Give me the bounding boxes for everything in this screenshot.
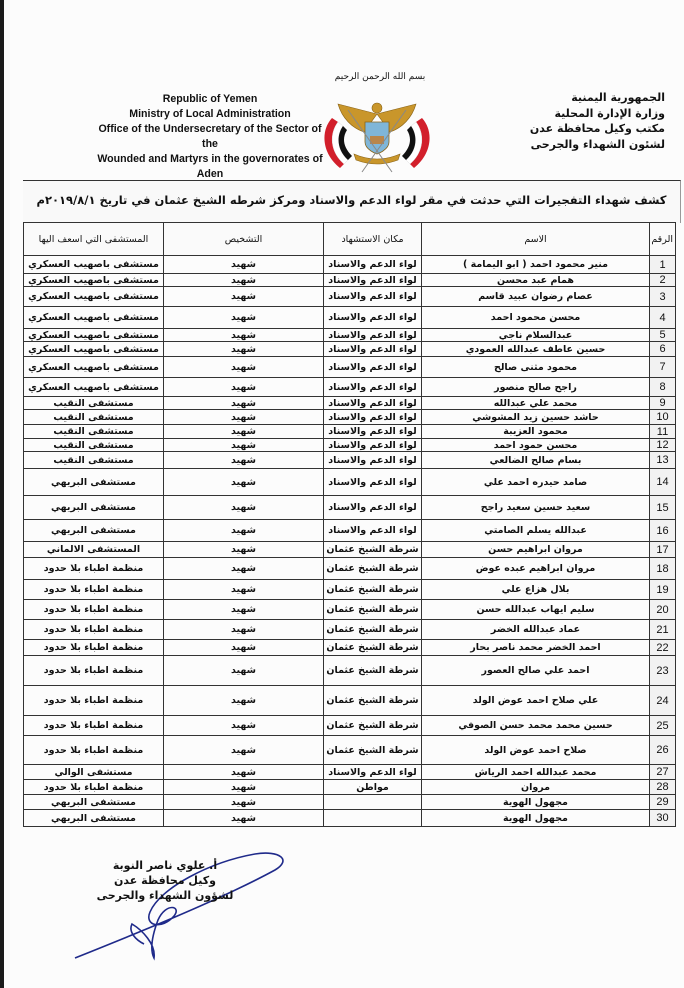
table-row: 27محمد عبدالله احمد الرياشلواء الدعم وال… (24, 765, 676, 780)
martyr-name: محسن محمود احمد (422, 307, 650, 329)
row-number: 18 (650, 558, 676, 580)
title-box: كشف شهداء التفجيرات التي حدثت في مقر لوا… (23, 180, 681, 223)
row-number: 25 (650, 716, 676, 736)
diagnosis: شهيد (164, 357, 324, 378)
martyrdom-place: مواطن (324, 780, 422, 795)
hospital: مستشفى البريهي (24, 496, 164, 520)
table-row: 6حسين عاطف عبدالله العموديلواء الدعم وال… (24, 342, 676, 357)
diagnosis: شهيد (164, 425, 324, 439)
bismillah: بسم الله الرحمن الرحيم (325, 72, 435, 82)
table-row: 18مروان ابراهيم عبده عوضشرطة الشيخ عثمان… (24, 558, 676, 580)
table-row: 29مجهول الهويةشهيدمستشفى البريهي (24, 795, 676, 810)
signature-block: أ. علوي ناصر النوبة وكيل محافظة عدن لشؤو… (85, 858, 245, 903)
row-number: 15 (650, 496, 676, 520)
martyr-name: محمد عبدالله احمد الرياش (422, 765, 650, 780)
hospital: مستشفى باصهيب العسكري (24, 307, 164, 329)
table-row: 20سليم ايهاب عبدالله حسنشرطة الشيخ عثمان… (24, 600, 676, 620)
table-row: 26صلاح احمد عوض الولدشرطة الشيخ عثمانشهي… (24, 736, 676, 765)
hospital: منظمة اطباء بلا حدود (24, 580, 164, 600)
english-line: Office of the Undersecretary of the Sect… (90, 122, 330, 152)
diagnosis: شهيد (164, 580, 324, 600)
diagnosis: شهيد (164, 736, 324, 765)
martyrdom-place: لواء الدعم والاسناد (324, 452, 422, 469)
hospital: مستشفى باصهيب العسكري (24, 274, 164, 287)
martyrdom-place: لواء الدعم والاسناد (324, 329, 422, 342)
row-number: 5 (650, 329, 676, 342)
diagnosis: شهيد (164, 640, 324, 656)
table-row: 17مروان ابراهيم حسنشرطة الشيخ عثمانشهيدا… (24, 542, 676, 558)
table-row: 5عبدالسلام ناجيلواء الدعم والاسنادشهيدمس… (24, 329, 676, 342)
hospital: منظمة اطباء بلا حدود (24, 640, 164, 656)
signatory-department: لشؤون الشهداء والجرحى (85, 888, 245, 903)
hospital: مستشفى النقيب (24, 397, 164, 410)
arabic-line: الجمهورية اليمنية (470, 90, 665, 106)
diagnosis: شهيد (164, 329, 324, 342)
martyrdom-place: لواء الدعم والاسناد (324, 439, 422, 452)
diagnosis: شهيد (164, 256, 324, 274)
martyr-name: صلاح احمد عوض الولد (422, 736, 650, 765)
martyrdom-place: لواء الدعم والاسناد (324, 274, 422, 287)
martyrdom-place: لواء الدعم والاسناد (324, 425, 422, 439)
diagnosis: شهيد (164, 716, 324, 736)
martyrdom-place (324, 810, 422, 827)
hospital: مستشفى النقيب (24, 452, 164, 469)
martyr-name: عماد عبدالله الخضر (422, 620, 650, 640)
martyr-name: محمود العزيبة (422, 425, 650, 439)
martyr-name: حاشد حسين زيد المشوشي (422, 410, 650, 425)
row-number: 20 (650, 600, 676, 620)
english-line: Ministry of Local Administration (90, 107, 330, 122)
row-number: 22 (650, 640, 676, 656)
hospital: مستشفى باصهيب العسكري (24, 378, 164, 397)
hospital: مستشفى النقيب (24, 439, 164, 452)
row-number: 13 (650, 452, 676, 469)
signatory-name: أ. علوي ناصر النوبة (85, 858, 245, 873)
martyr-name: عصام رضوان عبيد قاسم (422, 287, 650, 307)
col-header-place: مكان الاستشهاد (324, 223, 422, 256)
row-number: 14 (650, 469, 676, 496)
martyrdom-place: لواء الدعم والاسناد (324, 357, 422, 378)
diagnosis: شهيد (164, 600, 324, 620)
table-row: 3عصام رضوان عبيد قاسملواء الدعم والاسناد… (24, 287, 676, 307)
col-header-hospital: المستشفى التي اسعف اليها (24, 223, 164, 256)
table-row: 28مروانمواطنشهيدمنظمة اطباء بلا حدود (24, 780, 676, 795)
hospital: منظمة اطباء بلا حدود (24, 780, 164, 795)
hospital: مستشفى البريهي (24, 520, 164, 542)
martyrdom-place: لواء الدعم والاسناد (324, 520, 422, 542)
table-row: 4محسن محمود احمدلواء الدعم والاسنادشهيدم… (24, 307, 676, 329)
table-row: 15سعيد حسين سعيد راجحلواء الدعم والاسناد… (24, 496, 676, 520)
table-row: 11محمود العزيبةلواء الدعم والاسنادشهيدمس… (24, 425, 676, 439)
row-number: 24 (650, 686, 676, 716)
row-number: 7 (650, 357, 676, 378)
martyrdom-place: شرطة الشيخ عثمان (324, 686, 422, 716)
table-row: 10حاشد حسين زيد المشوشيلواء الدعم والاسن… (24, 410, 676, 425)
table-row: 14صامد حيدره احمد عليلواء الدعم والاسناد… (24, 469, 676, 496)
martyrdom-place: شرطة الشيخ عثمان (324, 600, 422, 620)
diagnosis: شهيد (164, 795, 324, 810)
table-row: 7محمود مثنى صالحلواء الدعم والاسنادشهيدم… (24, 357, 676, 378)
diagnosis: شهيد (164, 620, 324, 640)
row-number: 8 (650, 378, 676, 397)
arabic-line: مكتب وكيل محافظة عدن (470, 121, 665, 137)
arabic-line: وزارة الإدارة المحلية (470, 106, 665, 122)
diagnosis: شهيد (164, 780, 324, 795)
table-row: 12محسن حمود احمدلواء الدعم والاسنادشهيدم… (24, 439, 676, 452)
martyrdom-place: شرطة الشيخ عثمان (324, 558, 422, 580)
hospital: منظمة اطباء بلا حدود (24, 600, 164, 620)
martyrdom-place: لواء الدعم والاسناد (324, 287, 422, 307)
row-number: 1 (650, 256, 676, 274)
table-row: 16عبدالله يسلم الصامتيلواء الدعم والاسنا… (24, 520, 676, 542)
arabic-letterhead: الجمهورية اليمنية وزارة الإدارة المحلية … (470, 90, 665, 152)
martyrs-table: الرقم الاسم مكان الاستشهاد التشخيص المست… (23, 222, 676, 827)
martyr-name: عبدالله يسلم الصامتي (422, 520, 650, 542)
english-letterhead: Republic of Yemen Ministry of Local Admi… (90, 92, 330, 182)
hospital: منظمة اطباء بلا حدود (24, 686, 164, 716)
martyr-name: احمد علي صالح العصور (422, 656, 650, 686)
col-header-name: الاسم (422, 223, 650, 256)
hospital: مستشفى باصهيب العسكري (24, 287, 164, 307)
diagnosis: شهيد (164, 287, 324, 307)
martyrdom-place: شرطة الشيخ عثمان (324, 620, 422, 640)
table-row: 25حسين محمد محمد حسن الصوفيشرطة الشيخ عث… (24, 716, 676, 736)
martyrdom-place: شرطة الشيخ عثمان (324, 656, 422, 686)
diagnosis: شهيد (164, 439, 324, 452)
table-row: 23احمد علي صالح العصورشرطة الشيخ عثمانشه… (24, 656, 676, 686)
diagnosis: شهيد (164, 307, 324, 329)
table-header-row: الرقم الاسم مكان الاستشهاد التشخيص المست… (24, 223, 676, 256)
martyrdom-place: لواء الدعم والاسناد (324, 378, 422, 397)
yemen-emblem-icon (318, 96, 436, 174)
table-row: 13بسام صالح الضالعيلواء الدعم والاسنادشه… (24, 452, 676, 469)
martyrdom-place: شرطة الشيخ عثمان (324, 716, 422, 736)
table-row: 21عماد عبدالله الخضرشرطة الشيخ عثمانشهيد… (24, 620, 676, 640)
row-number: 11 (650, 425, 676, 439)
row-number: 16 (650, 520, 676, 542)
martyr-name: حسين عاطف عبدالله العمودي (422, 342, 650, 357)
martyr-name: منير محمود احمد ( ابو اليمامة ) (422, 256, 650, 274)
martyrdom-place: شرطة الشيخ عثمان (324, 640, 422, 656)
arabic-line: لشئون الشهداء والجرحى (470, 137, 665, 153)
hospital: مستشفى البريهي (24, 795, 164, 810)
row-number: 29 (650, 795, 676, 810)
row-number: 3 (650, 287, 676, 307)
martyr-name: مجهول الهوية (422, 810, 650, 827)
col-header-number: الرقم (650, 223, 676, 256)
martyrdom-place: لواء الدعم والاسناد (324, 496, 422, 520)
diagnosis: شهيد (164, 810, 324, 827)
martyrdom-place: لواء الدعم والاسناد (324, 469, 422, 496)
diagnosis: شهيد (164, 342, 324, 357)
diagnosis: شهيد (164, 542, 324, 558)
row-number: 28 (650, 780, 676, 795)
row-number: 12 (650, 439, 676, 452)
table-row: 9محمد علي عبداللهلواء الدعم والاسنادشهيد… (24, 397, 676, 410)
table-row: 19بلال هزاع عليشرطة الشيخ عثمانشهيدمنظمة… (24, 580, 676, 600)
martyrdom-place: شرطة الشيخ عثمان (324, 736, 422, 765)
martyr-name: احمد الخضر محمد ناصر بحار (422, 640, 650, 656)
table-row: 30مجهول الهويةشهيدمستشفى البريهي (24, 810, 676, 827)
martyr-name: علي صلاح احمد عوض الولد (422, 686, 650, 716)
diagnosis: شهيد (164, 765, 324, 780)
martyr-name: محمد علي عبدالله (422, 397, 650, 410)
hospital: مستشفى النقيب (24, 410, 164, 425)
martyrdom-place: لواء الدعم والاسناد (324, 307, 422, 329)
diagnosis: شهيد (164, 397, 324, 410)
martyr-name: مروان ابراهيم عبده عوض (422, 558, 650, 580)
martyr-name: مروان (422, 780, 650, 795)
row-number: 30 (650, 810, 676, 827)
hospital: المستشفى الالماني (24, 542, 164, 558)
martyr-name: مروان ابراهيم حسن (422, 542, 650, 558)
hospital: مستشفى البريهي (24, 469, 164, 496)
hospital: منظمة اطباء بلا حدود (24, 716, 164, 736)
hospital: منظمة اطباء بلا حدود (24, 656, 164, 686)
hospital: مستشفى البريهي (24, 810, 164, 827)
hospital: مستشفى النقيب (24, 425, 164, 439)
martyr-name: حسين محمد محمد حسن الصوفي (422, 716, 650, 736)
row-number: 10 (650, 410, 676, 425)
martyrdom-place (324, 795, 422, 810)
document-title: كشف شهداء التفجيرات التي حدثت في مقر لوا… (23, 193, 680, 207)
row-number: 17 (650, 542, 676, 558)
english-line: Republic of Yemen (90, 92, 330, 107)
martyr-name: بلال هزاع علي (422, 580, 650, 600)
table-row: 8راجح صالح منصورلواء الدعم والاسنادشهيدم… (24, 378, 676, 397)
diagnosis: شهيد (164, 656, 324, 686)
table-row: 24علي صلاح احمد عوض الولدشرطة الشيخ عثما… (24, 686, 676, 716)
scan-edge (0, 0, 4, 988)
diagnosis: شهيد (164, 378, 324, 397)
martyr-name: صامد حيدره احمد علي (422, 469, 650, 496)
table-row: 22احمد الخضر محمد ناصر بحارشرطة الشيخ عث… (24, 640, 676, 656)
table-row: 1منير محمود احمد ( ابو اليمامة )لواء الد… (24, 256, 676, 274)
diagnosis: شهيد (164, 558, 324, 580)
martyr-name: بسام صالح الضالعي (422, 452, 650, 469)
martyr-name: محسن حمود احمد (422, 439, 650, 452)
diagnosis: شهيد (164, 686, 324, 716)
hospital: منظمة اطباء بلا حدود (24, 558, 164, 580)
diagnosis: شهيد (164, 469, 324, 496)
diagnosis: شهيد (164, 520, 324, 542)
hospital: مستشفى باصهيب العسكري (24, 357, 164, 378)
hospital: مستشفى باصهيب العسكري (24, 329, 164, 342)
row-number: 26 (650, 736, 676, 765)
col-header-diagnosis: التشخيص (164, 223, 324, 256)
hospital: مستشفى باصهيب العسكري (24, 256, 164, 274)
martyrdom-place: شرطة الشيخ عثمان (324, 580, 422, 600)
row-number: 21 (650, 620, 676, 640)
table-row: 2همام عبد محسنلواء الدعم والاسنادشهيدمست… (24, 274, 676, 287)
martyrdom-place: لواء الدعم والاسناد (324, 256, 422, 274)
martyr-name: مجهول الهوية (422, 795, 650, 810)
martyr-name: سعيد حسين سعيد راجح (422, 496, 650, 520)
english-line: Wounded and Martyrs in the governorates … (90, 152, 330, 182)
diagnosis: شهيد (164, 496, 324, 520)
martyr-name: سليم ايهاب عبدالله حسن (422, 600, 650, 620)
hospital: مستشفى الوالي (24, 765, 164, 780)
martyrdom-place: لواء الدعم والاسناد (324, 765, 422, 780)
row-number: 27 (650, 765, 676, 780)
martyr-name: محمود مثنى صالح (422, 357, 650, 378)
martyrdom-place: لواء الدعم والاسناد (324, 342, 422, 357)
row-number: 2 (650, 274, 676, 287)
diagnosis: شهيد (164, 452, 324, 469)
row-number: 19 (650, 580, 676, 600)
row-number: 23 (650, 656, 676, 686)
martyr-name: عبدالسلام ناجي (422, 329, 650, 342)
martyr-name: راجح صالح منصور (422, 378, 650, 397)
row-number: 6 (650, 342, 676, 357)
martyrdom-place: لواء الدعم والاسناد (324, 397, 422, 410)
martyr-name: همام عبد محسن (422, 274, 650, 287)
row-number: 4 (650, 307, 676, 329)
row-number: 9 (650, 397, 676, 410)
signatory-title: وكيل محافظة عدن (85, 873, 245, 888)
martyrdom-place: شرطة الشيخ عثمان (324, 542, 422, 558)
hospital: مستشفى باصهيب العسكري (24, 342, 164, 357)
hospital: منظمة اطباء بلا حدود (24, 620, 164, 640)
hospital: منظمة اطباء بلا حدود (24, 736, 164, 765)
martyrdom-place: لواء الدعم والاسناد (324, 410, 422, 425)
diagnosis: شهيد (164, 410, 324, 425)
diagnosis: شهيد (164, 274, 324, 287)
